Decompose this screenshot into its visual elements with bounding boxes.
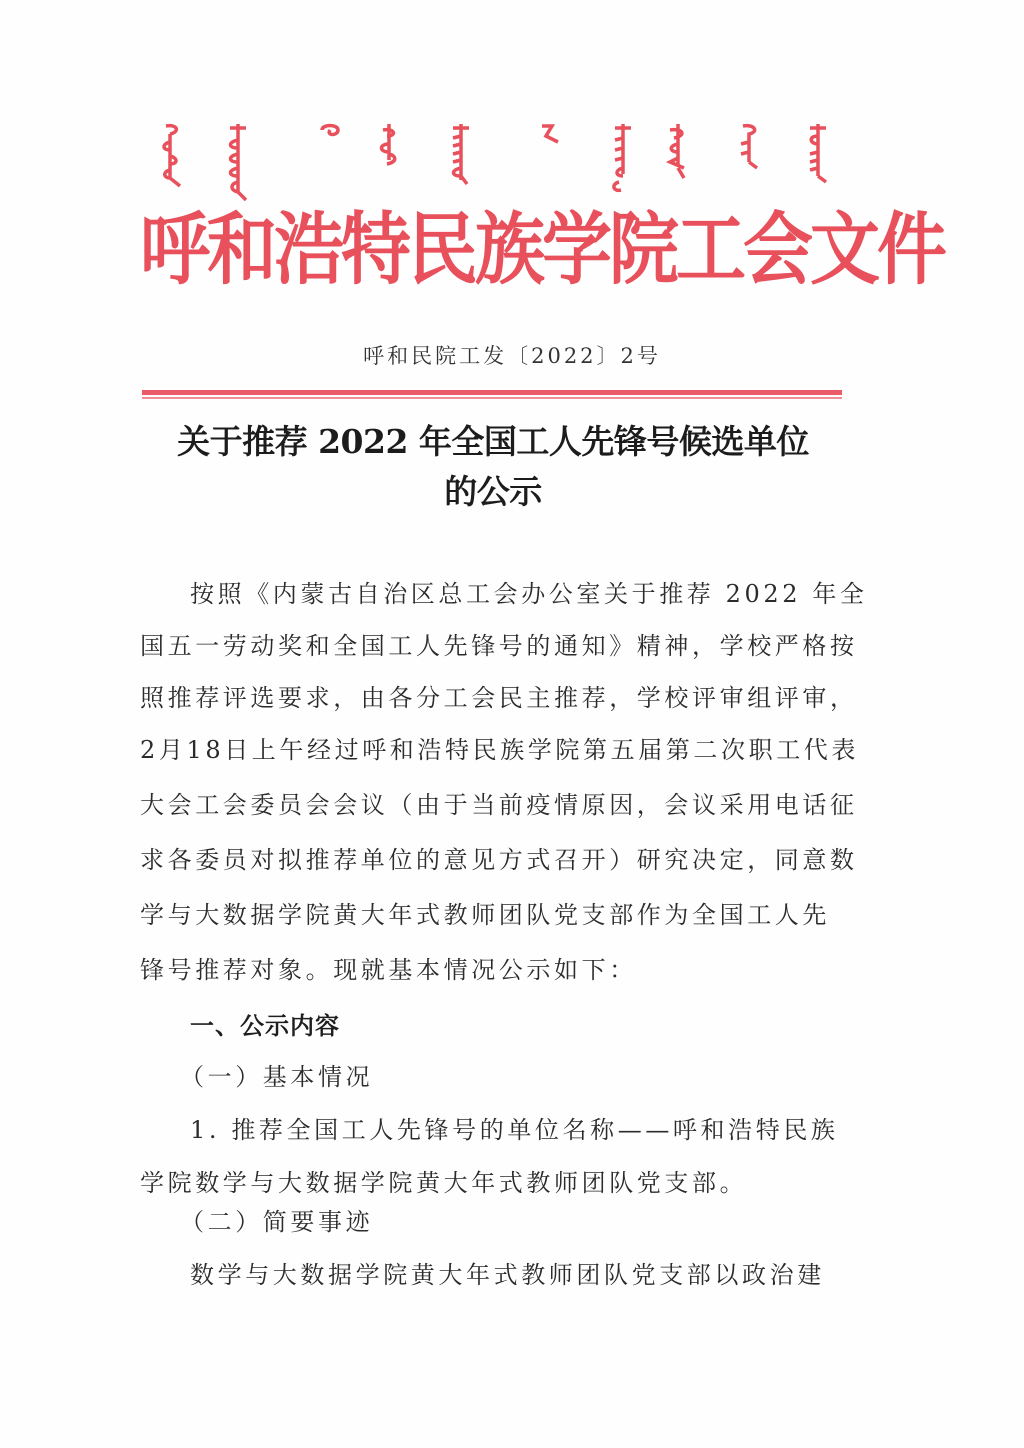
paragraph-line: 学院数学与大数据学院黄大年式教师团队党支部。 <box>140 1168 747 1198</box>
section-heading-publicity-content: 一、公示内容 <box>190 1006 340 1041</box>
mongolian-word-icon <box>802 122 832 184</box>
document-title-line2: 的公示 <box>140 467 846 517</box>
paragraph-line: 1. 推荐全国工人先锋号的单位名称——呼和浩特民族 <box>190 1115 839 1145</box>
issuing-organization-title: 呼和浩特民族学院工会文件 <box>140 207 870 308</box>
mongolian-word-icon <box>220 122 250 202</box>
paragraph-line: 数学与大数据学院黄大年式教师团队党支部以政治建 <box>190 1260 825 1290</box>
document-title-line1: 关于推荐 2022 年全国工人先锋号候选单位 <box>140 417 846 467</box>
paragraph-line: 2月18日上午经过呼和浩特民族学院第五届第二次职工代表 <box>140 735 859 765</box>
mongolian-word-icon <box>662 122 692 180</box>
mongolian-word-icon <box>605 122 635 194</box>
subsection-heading-deeds: （二）简要事迹 <box>180 1207 373 1237</box>
mongolian-script-header <box>150 122 850 202</box>
red-header-rule <box>142 390 842 395</box>
document-number: 呼和民院工发〔2022〕2号 <box>0 340 1024 370</box>
paragraph-line: 照推荐评选要求，由各分工会民主推荐，学校评审组评审， <box>140 683 858 713</box>
paragraph-line: 锋号推荐对象。现就基本情况公示如下： <box>140 955 637 985</box>
paragraph-line: 求各委员对拟推荐单位的意见方式召开）研究决定，同意数 <box>140 845 858 875</box>
mongolian-word-icon <box>318 122 342 138</box>
subsection-heading-basic-info: （一）基本情况 <box>180 1062 373 1092</box>
paragraph-line: 大会工会委员会会议（由于当前疫情原因，会议采用电话征 <box>140 790 858 820</box>
paragraph-line: 按照《内蒙古自治区总工会办公室关于推荐 2022 年全 <box>190 579 868 609</box>
mongolian-word-icon <box>443 122 473 188</box>
mongolian-word-icon <box>538 122 562 148</box>
red-header-rule-thin <box>142 397 842 399</box>
paragraph-line: 国五一劳动奖和全国工人先锋号的通知》精神，学校严格按 <box>140 631 858 661</box>
mongolian-word-icon <box>375 122 405 166</box>
paragraph-line: 学与大数据学院黄大年式教师团队党支部作为全国工人先 <box>140 900 830 930</box>
mongolian-word-icon <box>735 122 765 172</box>
mongolian-word-icon <box>156 122 186 188</box>
